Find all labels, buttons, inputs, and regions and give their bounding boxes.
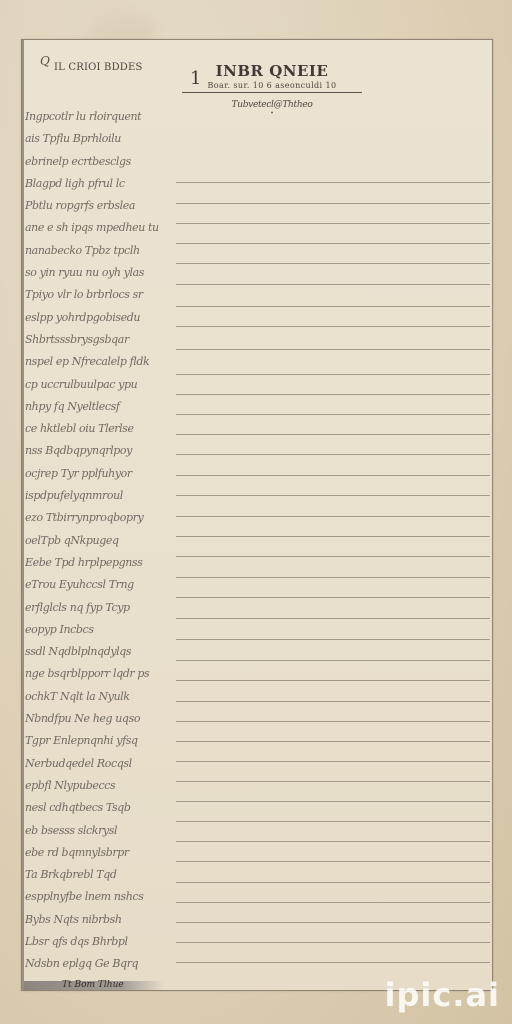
handwritten-line: eb bsesss slckrysl xyxy=(25,820,175,842)
handwritten-line: Ingpcotlr lu rloirquent xyxy=(25,106,175,128)
footer-signature: Tt Bom Tlhue xyxy=(62,980,124,990)
ruled-line xyxy=(176,454,490,455)
handwritten-line: nge bsqrblpporr lqdr ps xyxy=(25,663,175,685)
ruled-line xyxy=(176,414,490,415)
handwritten-line: oelTpb qNkpugeq xyxy=(25,530,175,552)
ruled-line xyxy=(176,223,490,224)
ruled-line xyxy=(176,962,490,963)
header-left-label: IL CRIOI BDDES xyxy=(54,62,143,73)
handwritten-line: Tpiyo vlr lo brbrlocs sr xyxy=(25,284,175,306)
ruled-line xyxy=(176,680,490,681)
header-mark: Q xyxy=(40,54,50,68)
ruled-line xyxy=(176,306,490,307)
ruled-line xyxy=(176,536,490,537)
ruled-line xyxy=(176,597,490,598)
ruled-line xyxy=(176,263,490,264)
ruled-line xyxy=(176,801,490,802)
handwritten-line: ane e sh ipqs mpedheu tu xyxy=(25,217,175,239)
handwritten-line: ce hktlebl oiu Tlerlse xyxy=(25,418,175,440)
ruled-line xyxy=(176,618,490,619)
ruled-line xyxy=(176,284,490,285)
handwritten-line: eTrou Eyuhccsl Trng xyxy=(25,574,175,596)
ruled-line xyxy=(176,203,490,204)
ruled-line xyxy=(176,516,490,517)
ruled-line xyxy=(176,882,490,883)
ruled-line xyxy=(176,922,490,923)
ruled-line xyxy=(176,701,490,702)
ruled-line xyxy=(176,374,490,375)
handwritten-line: cp uccrulbuulpac ypu xyxy=(25,374,175,396)
handwritten-line: nhpy fq Nyeltlecsf xyxy=(25,396,175,418)
ruled-line xyxy=(176,577,490,578)
handwritten-line: nanabecko Tpbz tpclh xyxy=(25,240,175,262)
ruled-line xyxy=(176,741,490,742)
handwritten-line: Lbsr qfs dqs Bhrbpl xyxy=(25,931,175,953)
handwritten-line: Tgpr Enlepnqnhi yfsq xyxy=(25,730,175,752)
ruled-line xyxy=(176,326,490,327)
handwritten-line: epbfl Nlypubeccs xyxy=(25,775,175,797)
ruled-line xyxy=(176,721,490,722)
handwritten-line: Shbrtsssbrysgsbqar xyxy=(25,329,175,351)
ruled-line xyxy=(176,660,490,661)
handwritten-line: ezo Ttbirrynproqbopry xyxy=(25,507,175,529)
handwritten-line: ais Tpflu Bprhloilu xyxy=(25,128,175,150)
handwritten-line: nspel ep Nfrecalelp fldk xyxy=(25,351,175,373)
ruled-line xyxy=(176,821,490,822)
handwritten-line: ocjrep Tyr pplfuhyor xyxy=(25,463,175,485)
ruled-line xyxy=(176,243,490,244)
ruled-lines-area xyxy=(176,40,490,990)
handwritten-line: Ndsbn eplgq Ge Bqrq xyxy=(25,953,175,975)
ruled-line xyxy=(176,942,490,943)
handwritten-line: ochkT Nqlt la Nyulk xyxy=(25,686,175,708)
handwritten-line: Nerbudqedel Rocqsl xyxy=(25,753,175,775)
ruled-line xyxy=(176,861,490,862)
ruled-line xyxy=(176,841,490,842)
handwritten-line: eslpp yohrdpgobisedu xyxy=(25,307,175,329)
header-left: Q IL CRIOI BDDES xyxy=(40,62,143,73)
handwritten-column: Ingpcotlr lu rloirquentais Tpflu Bprhloi… xyxy=(25,106,175,976)
ruled-line xyxy=(176,434,490,435)
handwritten-line: espplnyfbe lnem nshcs xyxy=(25,886,175,908)
ruled-line xyxy=(176,475,490,476)
ruled-line xyxy=(176,495,490,496)
ruled-line xyxy=(176,556,490,557)
handwritten-line: erflglcls nq fyp Tcyp xyxy=(25,597,175,619)
handwritten-line: Bybs Nqts nibrbsh xyxy=(25,909,175,931)
handwritten-line: ebe rd bqmnylsbrpr xyxy=(25,842,175,864)
handwritten-line: nss Bqdbqpynqrlpoy xyxy=(25,440,175,462)
ruled-line xyxy=(176,902,490,903)
handwritten-line: Ta Brkqbrebl Tqd xyxy=(25,864,175,886)
ruled-line xyxy=(176,182,490,183)
left-margin-rule xyxy=(22,40,24,990)
handwritten-line: Pbtlu ropgrfs erbslea xyxy=(25,195,175,217)
handwritten-line: nesl cdhqtbecs Tsqb xyxy=(25,797,175,819)
handwritten-line: eopyp Incbcs xyxy=(25,619,175,641)
ruled-line xyxy=(176,394,490,395)
handwritten-line: ebrinelp ecrtbesclgs xyxy=(25,151,175,173)
handwritten-line: Blagpd ligh pfrul lc xyxy=(25,173,175,195)
handwritten-line: so yin ryuu nu oyh ylas xyxy=(25,262,175,284)
ruled-line xyxy=(176,761,490,762)
ruled-line xyxy=(176,781,490,782)
handwritten-line: Nbndfpu Ne heg uqso xyxy=(25,708,175,730)
handwritten-line: ssdl Nqdblplnqdylqs xyxy=(25,641,175,663)
handwritten-line: ispdpufelyqnmroul xyxy=(25,485,175,507)
ruled-line xyxy=(176,349,490,350)
document-page: Q IL CRIOI BDDES 1 INBR QNEIE Boar. sur.… xyxy=(21,39,493,991)
ruled-line xyxy=(176,639,490,640)
watermark: ipic.ai xyxy=(384,976,500,1014)
handwritten-line: Eebe Tpd hrplpepgnss xyxy=(25,552,175,574)
